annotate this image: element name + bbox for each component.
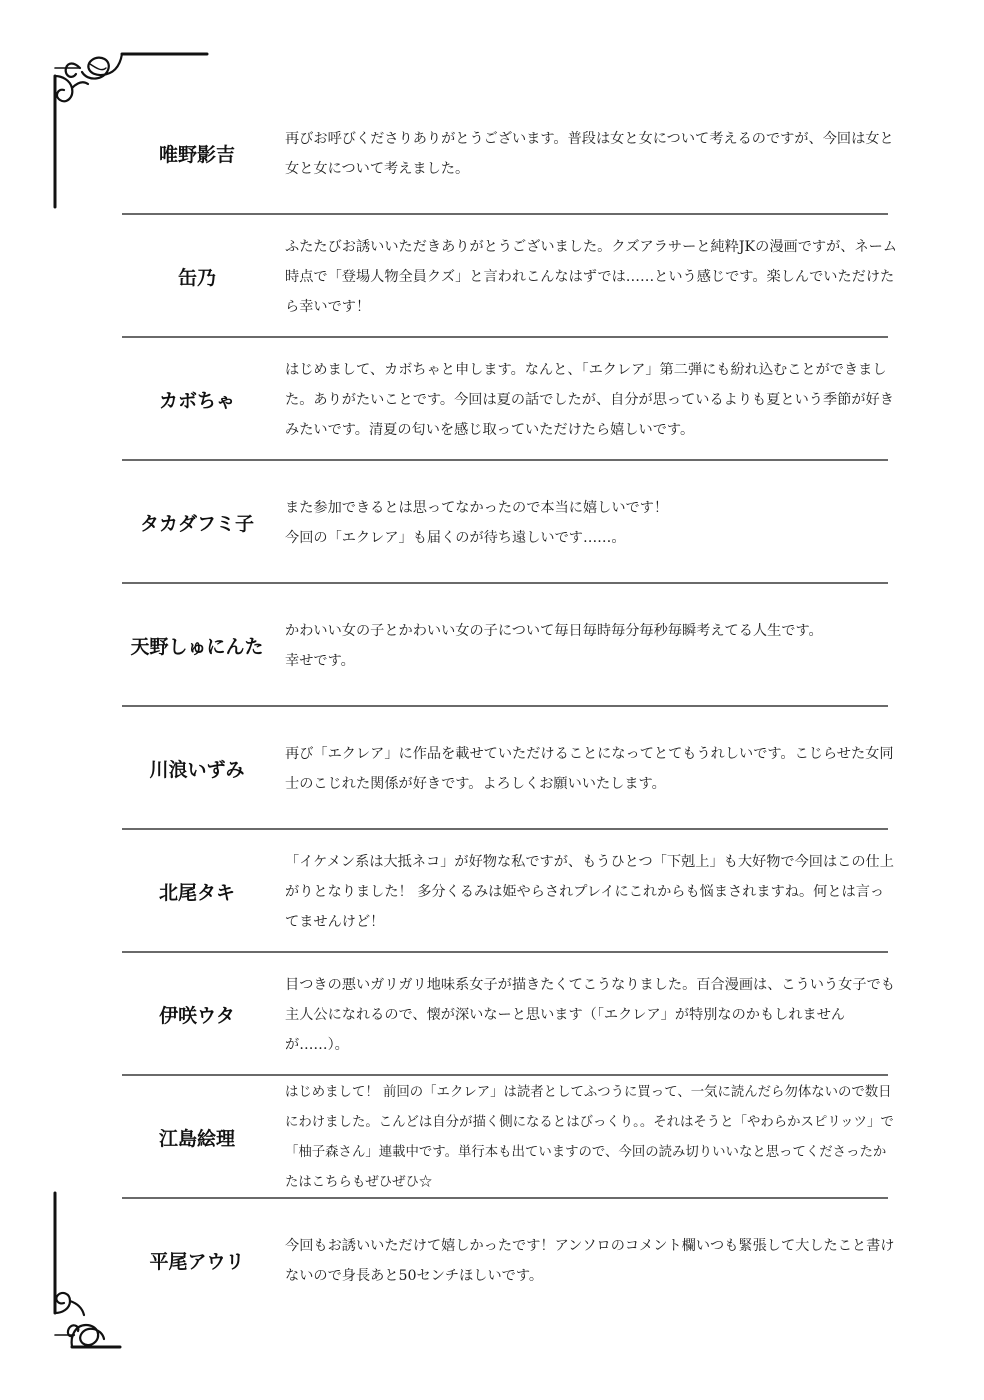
comment-entry: 北尾タキ 「イケメン系は大抵ネコ」が好物な私ですが、もうひとつ「下剋上」も大好物… bbox=[122, 830, 888, 953]
comment-list: 唯野影吉 再びお呼びくださりありがとうございます。普段は女と女について考えるので… bbox=[122, 92, 888, 1322]
author-name: 缶乃 bbox=[122, 215, 272, 338]
comment-text: また参加できるとは思ってなかったので本当に嬉しいです！ 今回の「エクレア」も届く… bbox=[285, 493, 668, 553]
comment-entry: 川浪いずみ 再び「エクレア」に作品を載せていただけることになってとてもうれしいで… bbox=[122, 707, 888, 830]
author-comment: はじめまして！ 前回の「エクレア」は読者としてふつうに買って、一気に読んだら勿体… bbox=[285, 1076, 898, 1199]
author-name: 江島絵理 bbox=[122, 1076, 272, 1199]
author-name: 天野しゅにんた bbox=[122, 584, 272, 707]
comment-text: 再びお呼びくださりありがとうございます。普段は女と女について考えるのですが、今回… bbox=[285, 124, 898, 184]
author-comment: 再び「エクレア」に作品を載せていただけることになってとてもうれしいです。こじらせ… bbox=[285, 707, 898, 830]
author-name: タカダフミ子 bbox=[122, 461, 272, 584]
comment-text: 目つきの悪いガリガリ地味系女子が描きたくてこうなりました。百合漫画は、こういう女… bbox=[285, 970, 898, 1060]
author-name: 北尾タキ bbox=[122, 830, 272, 953]
comment-text: はじめまして、カボちゃと申します。なんと、「エクレア」第二弾にも紛れ込むことがで… bbox=[285, 355, 898, 445]
comment-entry: 伊咲ウタ 目つきの悪いガリガリ地味系女子が描きたくてこうなりました。百合漫画は、… bbox=[122, 953, 888, 1076]
comment-text: 「イケメン系は大抵ネコ」が好物な私ですが、もうひとつ「下剋上」も大好物で今回はこ… bbox=[285, 847, 898, 937]
author-comment: 目つきの悪いガリガリ地味系女子が描きたくてこうなりました。百合漫画は、こういう女… bbox=[285, 953, 898, 1076]
comment-entry: 缶乃 ふたたびお誘いいただきありがとうございました。クズアラサーと純粋JKの漫画… bbox=[122, 215, 888, 338]
author-name: カボちゃ bbox=[122, 338, 272, 461]
comment-entry: タカダフミ子 また参加できるとは思ってなかったので本当に嬉しいです！ 今回の「エ… bbox=[122, 461, 888, 584]
comment-entry: カボちゃ はじめまして、カボちゃと申します。なんと、「エクレア」第二弾にも紛れ込… bbox=[122, 338, 888, 461]
comment-entry: 天野しゅにんた かわいい女の子とかわいい女の子について毎日毎時毎分毎秒毎瞬考えて… bbox=[122, 584, 888, 707]
comment-text: はじめまして！ 前回の「エクレア」は読者としてふつうに買って、一気に読んだら勿体… bbox=[285, 1078, 898, 1198]
comment-text: かわいい女の子とかわいい女の子について毎日毎時毎分毎秒毎瞬考えてる人生です。 幸… bbox=[285, 616, 823, 676]
author-comment: かわいい女の子とかわいい女の子について毎日毎時毎分毎秒毎瞬考えてる人生です。 幸… bbox=[285, 584, 898, 707]
author-comment: ふたたびお誘いいただきありがとうございました。クズアラサーと純粋JKの漫画ですが… bbox=[285, 215, 898, 338]
comment-entry: 江島絵理 はじめまして！ 前回の「エクレア」は読者としてふつうに買って、一気に読… bbox=[122, 1076, 888, 1199]
comment-page: 唯野影吉 再びお呼びくださりありがとうございます。普段は女と女について考えるので… bbox=[0, 0, 984, 1400]
author-comment: 「イケメン系は大抵ネコ」が好物な私ですが、もうひとつ「下剋上」も大好物で今回はこ… bbox=[285, 830, 898, 953]
author-comment: 今回もお誘いいただけて嬉しかったです！アンソロのコメント欄いつも緊張して大したこ… bbox=[285, 1199, 898, 1322]
author-comment: はじめまして、カボちゃと申します。なんと、「エクレア」第二弾にも紛れ込むことがで… bbox=[285, 338, 898, 461]
comment-text: 今回もお誘いいただけて嬉しかったです！アンソロのコメント欄いつも緊張して大したこ… bbox=[285, 1231, 898, 1291]
comment-entry: 平尾アウリ 今回もお誘いいただけて嬉しかったです！アンソロのコメント欄いつも緊張… bbox=[122, 1199, 888, 1322]
author-name: 平尾アウリ bbox=[122, 1199, 272, 1322]
author-name: 伊咲ウタ bbox=[122, 953, 272, 1076]
comment-entry: 唯野影吉 再びお呼びくださりありがとうございます。普段は女と女について考えるので… bbox=[122, 92, 888, 215]
author-name: 川浪いずみ bbox=[122, 707, 272, 830]
comment-text: 再び「エクレア」に作品を載せていただけることになってとてもうれしいです。こじらせ… bbox=[285, 739, 898, 799]
author-comment: 再びお呼びくださりありがとうございます。普段は女と女について考えるのですが、今回… bbox=[285, 92, 898, 215]
author-comment: また参加できるとは思ってなかったので本当に嬉しいです！ 今回の「エクレア」も届く… bbox=[285, 461, 898, 584]
author-name: 唯野影吉 bbox=[122, 92, 272, 215]
comment-text: ふたたびお誘いいただきありがとうございました。クズアラサーと純粋JKの漫画ですが… bbox=[285, 232, 898, 322]
